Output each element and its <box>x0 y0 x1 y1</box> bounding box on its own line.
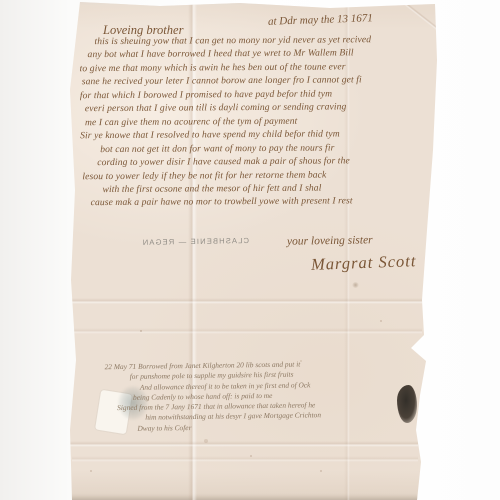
horizontal-fold-crease-2 <box>70 328 422 334</box>
corner-fold-crease <box>397 0 445 35</box>
letter-line-13: cause mak a pair hawe no mor to trowbell… <box>81 194 433 210</box>
letter-closing: your loveing sister <box>287 234 373 247</box>
horizontal-fold-crease-3 <box>70 441 418 447</box>
letter-dateline: at Ddr may the 13 1671 <box>268 12 373 28</box>
docket-endorsement: 22 May 71 Borrowed from Janet Kilgherton… <box>105 358 426 435</box>
foxing-specks <box>0 0 2 2</box>
letter-body: this is sheuing yow that I can get no mo… <box>79 33 432 210</box>
horizontal-fold-crease-1 <box>70 298 425 304</box>
letter-sheet: at Ddr may the 13 1671 Loveing brother t… <box>0 0 500 500</box>
small-stain-spot <box>352 282 359 288</box>
pencil-inscription-mirrored: CLASHBENIE — REGAN <box>131 236 249 247</box>
letter-signature: Margrat Scott <box>311 251 417 275</box>
photo-background: at Ddr may the 13 1671 Loveing brother t… <box>0 0 500 500</box>
horizontal-fold-crease-4 <box>72 456 418 462</box>
